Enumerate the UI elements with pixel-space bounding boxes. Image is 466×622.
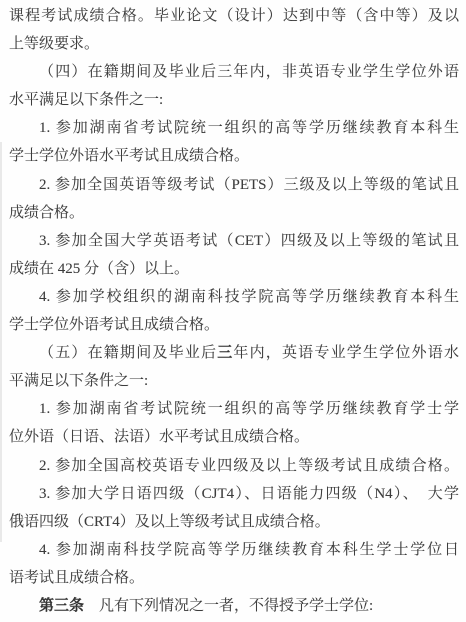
text-run: 平满足以下条件之一: <box>9 373 148 389</box>
text-line: 2. 参加全国英语等级考试（PETS）三级及以上等级的笔试且 <box>9 171 459 199</box>
text-line: 平满足以下条件之一: <box>9 367 459 395</box>
text-run: 凡有下列情况之一者，不得授予学士学位: <box>84 598 373 614</box>
text-line: 1. 参加湖南省考试院统一组织的高等学历继续教育学士学 <box>9 395 459 423</box>
text-line: 位外语（日语、法语）水平考试且成绩合格。 <box>9 423 459 451</box>
text-line: 学士学位外语水平考试且成绩合格。 <box>9 142 459 170</box>
text-run: 俄语四级（CRT4）及以上等级考试且成绩合格。 <box>9 514 330 530</box>
text-run: 课程考试成绩合格。毕业论文（设计）达到中等（含中等）及以 <box>9 8 459 24</box>
text-line: 3. 参加大学日语四级（CJT4）、日语能力四级（N4）、 大学 <box>9 480 459 508</box>
text-run: 学士学位外语考试且成绩合格。 <box>9 317 219 333</box>
document-page: 课程考试成绩合格。毕业论文（设计）达到中等（含中等）及以上等级要求。（四）在籍期… <box>0 0 466 622</box>
text-run: 1. 参加湖南省考试院统一组织的高等学历继续教育本科生 <box>39 120 459 136</box>
text-line: 4. 参加学校组织的湖南科技学院高等学历继续教育本科生 <box>9 283 459 311</box>
text-line: 1. 参加湖南省考试院统一组织的高等学历继续教育本科生 <box>9 114 459 142</box>
text-line: （四）在籍期间及毕业后三年内，非英语专业学生学位外语 <box>9 58 459 86</box>
text-line: 成绩在 425 分（含）以上。 <box>9 255 459 283</box>
text-run: 语考试且成绩合格。 <box>9 570 144 586</box>
text-run: （五）在籍期间及毕业后 <box>39 345 217 361</box>
text-run: 水平满足以下条件之一: <box>9 92 163 108</box>
text-line: 水平满足以下条件之一: <box>9 86 459 114</box>
text-run: 1. 参加湖南省考试院统一组织的高等学历继续教育学士学 <box>39 401 459 417</box>
text-line: （五）在籍期间及毕业后三年内，英语专业学生学位外语水 <box>9 339 459 367</box>
text-line: 语考试且成绩合格。 <box>9 564 459 592</box>
text-line: 3. 参加全国大学英语考试（CET）四级及以上等级的笔试且 <box>9 227 459 255</box>
text-run: 2. 参加全国高校英语专业四级及以上等级考试且成绩合格。 <box>39 458 459 474</box>
text-line: 2. 参加全国高校英语专业四级及以上等级考试且成绩合格。 <box>9 452 459 480</box>
text-run: 3. 参加大学日语四级（CJT4）、日语能力四级（N4）、 大学 <box>39 486 459 502</box>
bold-text-run: 第三条 <box>39 598 84 614</box>
text-block: 课程考试成绩合格。毕业论文（设计）达到中等（含中等）及以上等级要求。（四）在籍期… <box>9 2 459 620</box>
text-line: 课程考试成绩合格。毕业论文（设计）达到中等（含中等）及以 <box>9 2 459 30</box>
text-run: 3. 参加全国大学英语考试（CET）四级及以上等级的笔试且 <box>39 233 459 249</box>
text-run: 年内，英语专业学生学位外语水 <box>233 345 459 361</box>
text-run: 成绩合格。 <box>9 205 84 221</box>
text-run: 学士学位外语水平考试且成绩合格。 <box>9 148 249 164</box>
text-run: 2. 参加全国英语等级考试（PETS）三级及以上等级的笔试且 <box>39 177 459 193</box>
scan-artifact-line <box>0 142 2 542</box>
text-run: 4. 参加学校组织的湖南科技学院高等学历继续教育本科生 <box>39 289 459 305</box>
text-run: 上等级要求。 <box>9 36 99 52</box>
text-line: 上等级要求。 <box>9 30 459 58</box>
text-run: 成绩在 425 分（含）以上。 <box>9 261 189 277</box>
text-line: 成绩合格。 <box>9 199 459 227</box>
text-line: 第三条 凡有下列情况之一者，不得授予学士学位: <box>9 592 459 620</box>
text-run: （四）在籍期间及毕业后三年内，非英语专业学生学位外语 <box>39 64 459 80</box>
bold-text-run: 三 <box>217 345 233 361</box>
text-run: 4. 参加湖南科技学院高等学历继续教育本科生学士学位日 <box>39 542 459 558</box>
text-line: 4. 参加湖南科技学院高等学历继续教育本科生学士学位日 <box>9 536 459 564</box>
text-line: 学士学位外语考试且成绩合格。 <box>9 311 459 339</box>
text-line: 俄语四级（CRT4）及以上等级考试且成绩合格。 <box>9 508 459 536</box>
text-run: 位外语（日语、法语）水平考试且成绩合格。 <box>9 429 309 445</box>
